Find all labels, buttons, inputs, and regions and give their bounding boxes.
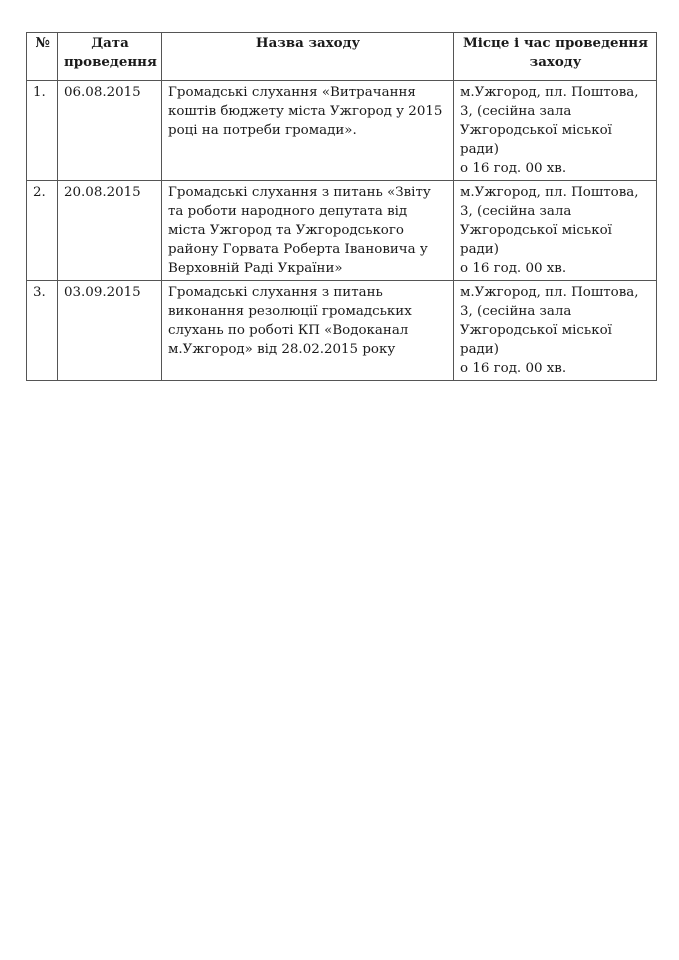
- row-date: 06.08.2015: [58, 81, 162, 181]
- place-line: о 16 год. 00 хв.: [460, 259, 651, 278]
- place-line: 3, (сесійна зала: [460, 202, 651, 221]
- place-line: о 16 год. 00 хв.: [460, 359, 651, 378]
- header-place: Місце і час проведення заходу: [454, 33, 657, 81]
- place-line: о 16 год. 00 хв.: [460, 159, 651, 178]
- table-row: 2. 20.08.2015 Громадські слухання з пита…: [27, 181, 657, 281]
- place-line: м.Ужгород, пл. Поштова,: [460, 283, 651, 302]
- row-place: м.Ужгород, пл. Поштова, 3, (сесійна зала…: [454, 281, 657, 381]
- place-line: Ужгородської міської ради): [460, 321, 651, 359]
- place-line: 3, (сесійна зала: [460, 302, 651, 321]
- row-name: Громадські слухання з питань «Звіту та р…: [162, 181, 454, 281]
- header-num: №: [27, 33, 58, 81]
- row-num: 2.: [27, 181, 58, 281]
- table-header-row: № Дата проведення Назва заходу Місце і ч…: [27, 33, 657, 81]
- row-num: 1.: [27, 81, 58, 181]
- row-num: 3.: [27, 281, 58, 381]
- header-date: Дата проведення: [58, 33, 162, 81]
- row-place: м.Ужгород, пл. Поштова, 3, (сесійна зала…: [454, 81, 657, 181]
- row-date: 03.09.2015: [58, 281, 162, 381]
- place-line: м.Ужгород, пл. Поштова,: [460, 183, 651, 202]
- events-table: № Дата проведення Назва заходу Місце і ч…: [26, 32, 657, 381]
- table-row: 1. 06.08.2015 Громадські слухання «Витра…: [27, 81, 657, 181]
- place-line: Ужгородської міської ради): [460, 121, 651, 159]
- place-line: м.Ужгород, пл. Поштова,: [460, 83, 651, 102]
- table-row: 3. 03.09.2015 Громадські слухання з пита…: [27, 281, 657, 381]
- row-date: 20.08.2015: [58, 181, 162, 281]
- row-place: м.Ужгород, пл. Поштова, 3, (сесійна зала…: [454, 181, 657, 281]
- row-name: Громадські слухання «Витрачання коштів б…: [162, 81, 454, 181]
- place-line: Ужгородської міської ради): [460, 221, 651, 259]
- place-line: 3, (сесійна зала: [460, 102, 651, 121]
- header-name: Назва заходу: [162, 33, 454, 81]
- row-name: Громадські слухання з питань виконання р…: [162, 281, 454, 381]
